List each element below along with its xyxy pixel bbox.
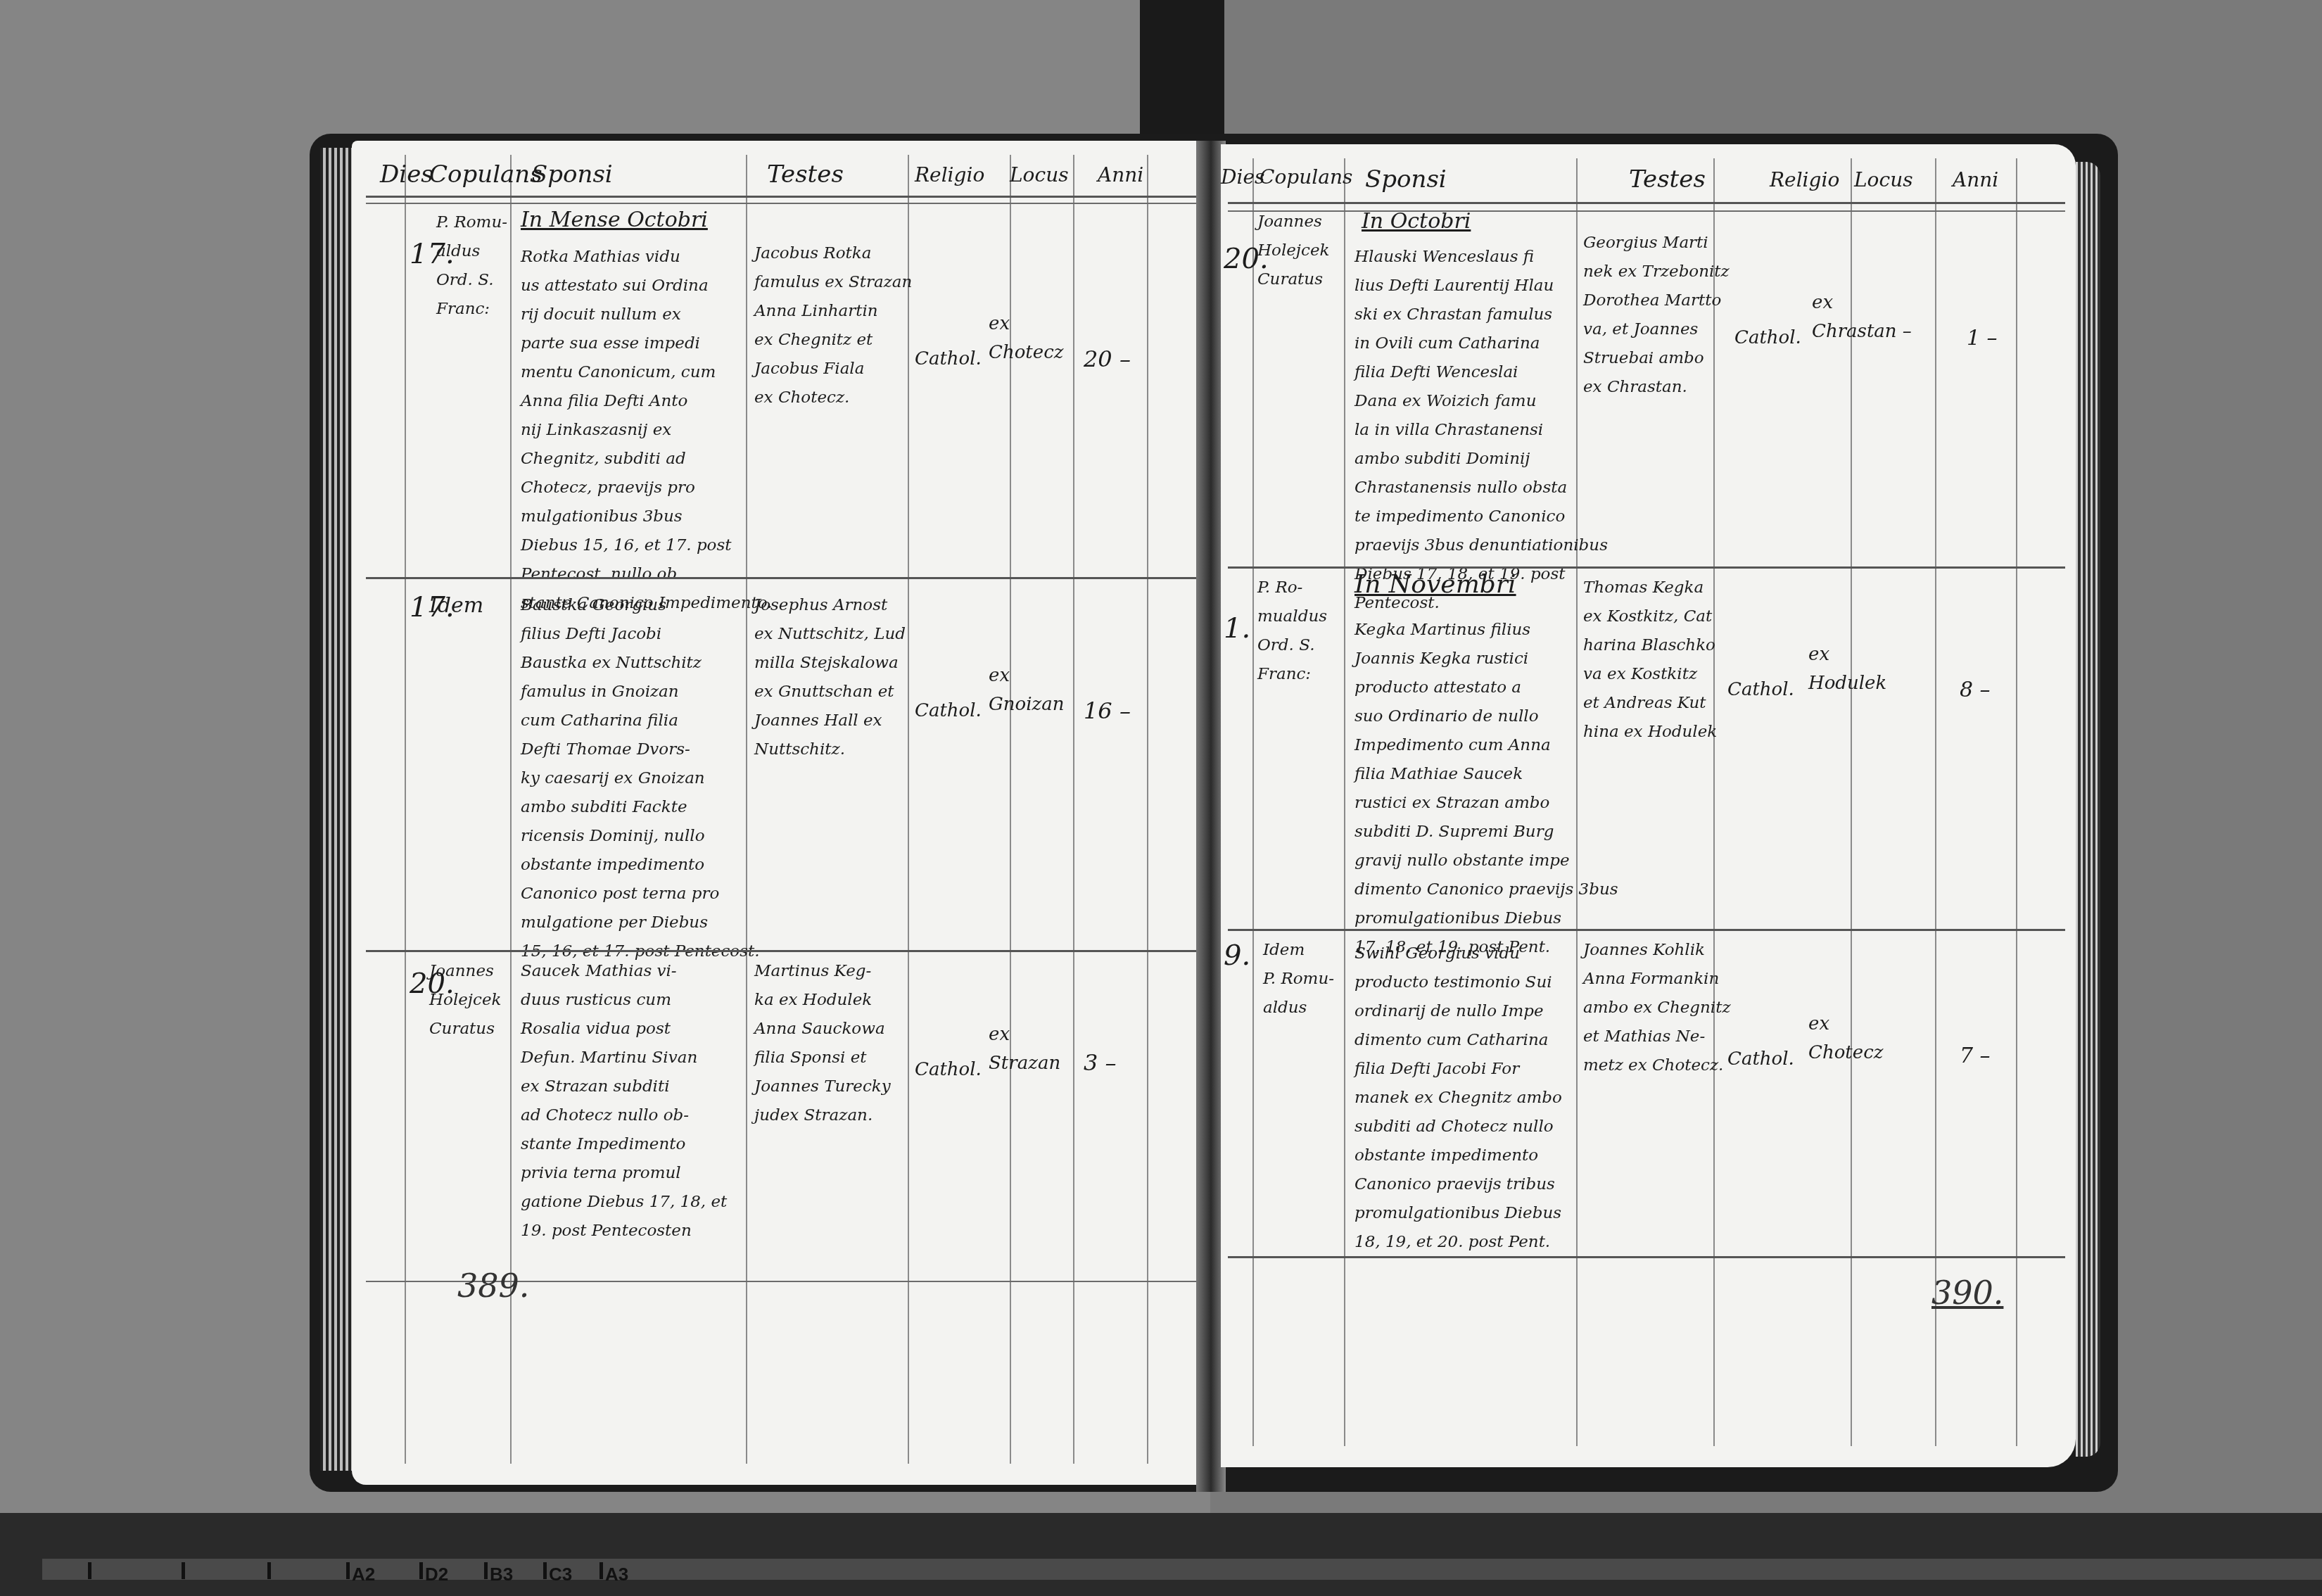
entry-locus: ex Chrastan – (1812, 289, 1912, 346)
microfilm-margin (0, 1513, 2322, 1596)
right-page: Dies Copulans Sponsi Testes Religio Locu… (1221, 144, 2076, 1467)
entry-locus: ex Gnoizan (989, 661, 1064, 719)
entry-copulans: Idem P. Romu- aldus (1263, 936, 1334, 1022)
column-rule (1851, 158, 1852, 1446)
left-page: Dies Copulans Sponsi Testes Religio Locu… (352, 141, 1200, 1485)
entry-anni: 1 – (1967, 324, 1998, 353)
entry-testes: Thomas Kegka ex Kostkitz, Cat harina Bla… (1583, 574, 1717, 747)
entry-sponsi: Saucek Mathias vi- duus rusticus cum Ros… (521, 957, 727, 1246)
entry-testes: Joannes Kohlik Anna Formankin ambo ex Ch… (1583, 936, 1731, 1080)
entry-sponsi: Kegka Martinus filius Joannis Kegka rust… (1354, 616, 1618, 962)
entry-anni: 20 – (1084, 345, 1131, 374)
entry-sponsi: Rotka Mathias vidu us attestato sui Ordi… (521, 243, 772, 618)
column-rule (1344, 158, 1345, 1446)
entry-testes: Josephus Arnost ex Nuttschitz, Lud milla… (754, 591, 906, 764)
entry-anni: 16 – (1084, 697, 1131, 726)
right-page-edges (2076, 162, 2100, 1457)
column-rule (1935, 158, 1936, 1446)
header-rule (1228, 210, 2065, 212)
entry-anni: 3 – (1084, 1049, 1117, 1077)
header-rule (366, 196, 1196, 198)
entry-divider (1228, 1256, 2065, 1258)
entry-religio: Cathol. (1734, 324, 1801, 353)
header-sponsi: Sponsi (1365, 165, 1447, 194)
film-label: A3 (605, 1564, 628, 1585)
entry-copulans: P. Romu- aldus Ord. S. Franc: (436, 208, 507, 324)
film-label: D2 (425, 1564, 448, 1585)
film-tick (599, 1562, 603, 1579)
entry-divider (1228, 929, 2065, 931)
header-religio: Religio (1770, 168, 1839, 191)
entry-anni: 7 – (1960, 1041, 1991, 1070)
film-label: B3 (490, 1564, 513, 1585)
header-dies: Dies (380, 160, 433, 189)
entry-sponsi: Hlauski Wenceslaus fi lius Defti Laurent… (1354, 243, 1608, 618)
header-testes: Testes (1629, 165, 1706, 194)
entry-religio: Cathol. (1727, 1045, 1794, 1074)
header-sponsi: Sponsi (531, 160, 613, 189)
header-copulans: Copulans (1260, 165, 1352, 189)
entry-copulans: Joannes Holejcek Curatus (429, 957, 501, 1044)
entry-sponsi: Baustka Georgius filius Defti Jacobi Bau… (521, 591, 760, 966)
entry-testes: Georgius Marti nek ex Trzebonitz Dorothe… (1583, 229, 1730, 402)
film-tick (88, 1562, 91, 1579)
entry-copulans: Joannes Holejcek Curatus (1257, 208, 1329, 294)
entry-testes: Jacobus Rotka famulus ex Strazan Anna Li… (754, 239, 912, 412)
header-locus: Locus (1854, 168, 1913, 191)
header-anni: Anni (1098, 163, 1143, 186)
entry-religio: Cathol. (915, 1056, 982, 1084)
month-heading: In Octobri (1362, 209, 1471, 234)
header-rule (1228, 202, 2065, 204)
entry-locus: ex Hodulek (1808, 640, 1886, 698)
header-dies: Dies (1221, 165, 1264, 189)
entry-locus: ex Chotecz (1808, 1010, 1883, 1068)
entry-copulans: Idem (429, 591, 483, 620)
entry-sponsi: Swihl Georgius vidu producto testimonio … (1354, 939, 1562, 1257)
page-number: 389. (457, 1267, 529, 1305)
column-rule (1252, 158, 1254, 1446)
entry-anni: 8 – (1960, 676, 1991, 704)
month-heading: In Novembri (1354, 570, 1516, 599)
entry-dies: 9. (1224, 939, 1250, 972)
header-rule (366, 203, 1196, 204)
entry-divider (366, 950, 1196, 952)
entry-locus: ex Strazan (989, 1020, 1060, 1078)
left-page-edges (320, 148, 355, 1471)
column-rule (1073, 155, 1074, 1464)
film-label: C3 (549, 1564, 572, 1585)
header-anni: Anni (1953, 168, 1998, 191)
column-rule (2016, 158, 2017, 1446)
column-rule (405, 155, 406, 1464)
film-tick (267, 1562, 271, 1579)
film-tick (484, 1562, 488, 1579)
microfilm-strip (42, 1559, 2322, 1580)
entry-locus: ex Chotecz (989, 310, 1063, 367)
film-tick (419, 1562, 423, 1579)
entry-religio: Cathol. (915, 697, 982, 726)
entry-copulans: P. Ro- mualdus Ord. S. Franc: (1257, 574, 1327, 689)
entry-divider (1228, 566, 2065, 569)
header-religio: Religio (915, 163, 984, 186)
entry-religio: Cathol. (915, 345, 982, 374)
month-heading: In Mense Octobri (521, 208, 708, 232)
header-locus: Locus (1010, 163, 1069, 186)
film-tick (543, 1562, 547, 1579)
header-testes: Testes (767, 160, 844, 189)
column-rule (1147, 155, 1148, 1464)
entry-divider (366, 577, 1196, 579)
page-number: 390. (1931, 1274, 2003, 1312)
entry-testes: Martinus Keg- ka ex Hodulek Anna Sauckow… (754, 957, 891, 1130)
entry-religio: Cathol. (1727, 676, 1794, 704)
entry-dies: 1. (1224, 612, 1250, 645)
film-tick (346, 1562, 350, 1579)
film-label: A2 (352, 1564, 375, 1585)
film-tick (182, 1562, 185, 1579)
header-copulans: Copulans (429, 160, 543, 189)
